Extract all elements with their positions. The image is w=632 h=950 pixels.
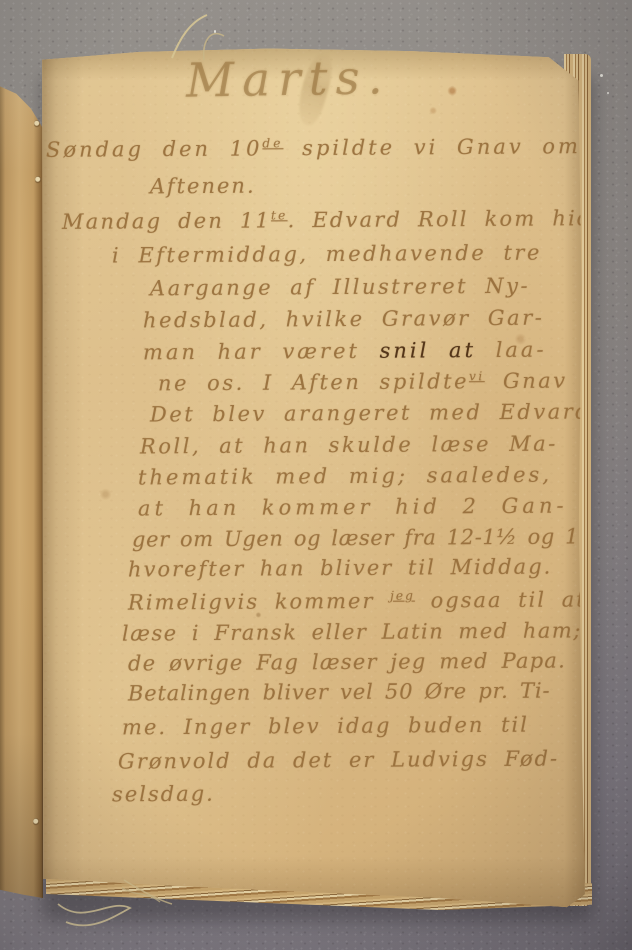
handwriting-line: ger om Ugen og læser fra 12-1½ og 1, xyxy=(132,524,587,551)
handwriting-line: at han kommer hid 2 Gan- xyxy=(138,494,568,521)
handwriting-line: Betalingen bliver vel 50 Øre pr. Ti- xyxy=(128,679,550,706)
handwriting-lines: Søndag den 10de spildte vi Gnav omAftene… xyxy=(40,46,586,908)
binding-stitch xyxy=(33,818,39,826)
handwriting-line: Det blev arangeret med Edvard xyxy=(150,399,591,426)
handwriting-line: me. Inger blev idag buden til xyxy=(122,713,529,740)
handwriting-line: i Eftermiddag, medhavende tre xyxy=(112,240,542,267)
book-spine-strip xyxy=(0,74,43,898)
paper-thread xyxy=(160,8,232,66)
handwriting-line: Aftenen. xyxy=(150,174,256,199)
handwriting-line: selsdag. xyxy=(112,782,215,807)
handwriting-line: Søndag den 10de spildte vi Gnav om xyxy=(46,134,581,162)
dust-speck xyxy=(214,30,216,33)
handwriting-line: Mandag den 11te. Edvard Roll kom hid xyxy=(62,206,593,234)
handwriting-line: man har været snil at laa- xyxy=(143,338,547,365)
dust-speck xyxy=(607,92,609,94)
handwriting-line: Aargange af Illustreret Ny- xyxy=(150,274,530,301)
handwriting-line: hvorefter han bliver til Middag. xyxy=(128,555,552,582)
handwriting-line: thematik med mig; saaledes, xyxy=(138,463,552,490)
handwriting-line: de øvrige Fag læser jeg med Papa. xyxy=(128,648,566,675)
paper-thread xyxy=(118,874,178,914)
handwriting-line: Grønvold da det er Ludvigs Fød- xyxy=(118,746,559,773)
handwriting-line: hedsblad, hvilke Gravør Gar- xyxy=(143,306,544,333)
handwriting-line: Rimeligvis kommer jeg ogsaa til at xyxy=(128,587,587,614)
handwriting-line: Roll, at han skulde læse Ma- xyxy=(140,432,558,459)
handwriting-line: ne os. I Aften spildtevi Gnav xyxy=(158,369,568,396)
binding-stitch xyxy=(35,176,41,184)
dust-speck xyxy=(600,74,603,77)
binding-stitch xyxy=(34,120,40,128)
handwriting-line: læse i Fransk eller Latin med ham; xyxy=(122,618,582,645)
notebook-page: Marts. Søndag den 10de spildte vi Gnav o… xyxy=(40,46,586,908)
